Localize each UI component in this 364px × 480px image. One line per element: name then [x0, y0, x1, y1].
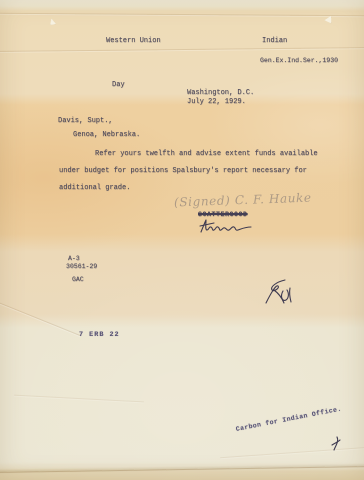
header-western-union: Western Union	[106, 37, 161, 45]
place-line: Washington, D.C.	[187, 89, 254, 97]
paper-background	[0, 0, 364, 480]
struck-out-name: SCATTERGOOD	[198, 211, 248, 218]
file-series-line: Gen.Ex.Ind.Ser.,1930	[260, 57, 338, 64]
body-line-1: Refer yours twelfth and advise extent fu…	[95, 150, 318, 158]
date-line: July 22, 1929.	[187, 98, 246, 106]
header-indian: Indian	[262, 37, 287, 45]
file-code-a3: A-3	[68, 255, 80, 262]
scanned-telegram-page: Western Union Indian Gen.Ex.Ind.Ser.,193…	[0, 0, 364, 480]
recipient-name: Davis, Supt.,	[58, 117, 113, 125]
service-class-day: Day	[112, 81, 125, 89]
body-line-3: additional grade.	[59, 184, 130, 192]
file-code-gac: GAC	[72, 276, 84, 283]
clerk-date-stamp: 7 ERB 22	[79, 331, 120, 339]
body-line-2: under budget for positions Spalsbury's r…	[59, 167, 307, 175]
recipient-place: Genoa, Nebraska.	[73, 131, 140, 139]
file-code-number: 30561-29	[66, 263, 97, 270]
